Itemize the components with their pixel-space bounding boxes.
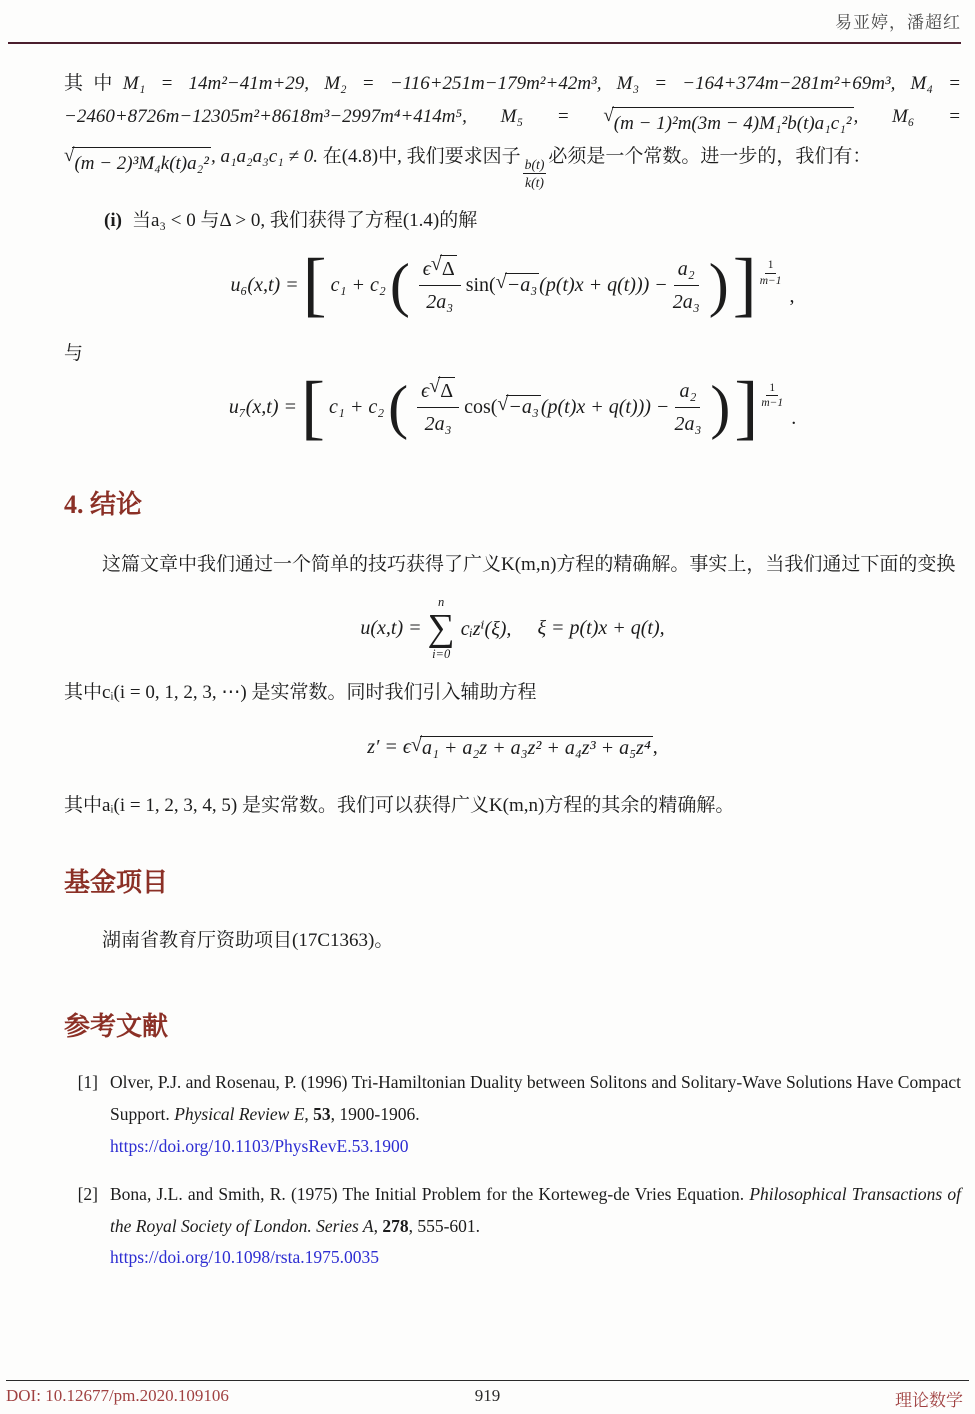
radicand: (m − 1)²m(3m − 4)M₁²b(t)a₁c₁² — [612, 107, 854, 141]
radical-m5: √(m − 1)²m(3m − 4)M₁²b(t)a₁c₁² — [603, 107, 853, 141]
paragraph-m-definitions: 其中M₁ = 14m²−41m+29, M₂ = −116+251m−179m²… — [64, 68, 961, 191]
item-text: 当a₃ < 0 与Δ > 0, 我们获得了方程(1.4)的解 — [132, 210, 477, 231]
fraction-numerator: a₂ — [675, 378, 700, 408]
authors: 易亚婷，潘超红 — [8, 8, 961, 33]
exponent-one-over-m-minus-1: 1m−1 — [760, 258, 782, 289]
left-paren: ( — [390, 260, 410, 311]
fraction-denominator: 2a₃ — [673, 286, 700, 315]
xi-definition: ξ = p(t)x + q(t), — [537, 617, 664, 640]
reference-text: Bona, J.L. and Smith, R. (1975) The Init… — [110, 1184, 749, 1204]
equation-punctuation: . — [791, 385, 796, 430]
math-text: , a₁a₂a₃c₁ ≠ 0. — [211, 146, 318, 167]
exponent-numerator: 1 — [765, 258, 777, 274]
math-text: , M₆ = — [854, 106, 961, 127]
trig-function: sin( — [466, 274, 496, 297]
fraction-denominator: 2a₃ — [425, 408, 452, 437]
sqrt-sign: √ — [497, 394, 508, 414]
radicand: −a₃ — [505, 273, 539, 297]
text-zh: 其中 — [64, 73, 123, 94]
journal-title: 理论数学 — [895, 1386, 963, 1411]
page-range: , 555-601. — [409, 1216, 480, 1236]
reference-body: Olver, P.J. and Rosenau, P. (1996) Tri-H… — [110, 1067, 961, 1163]
reference-number: [2] — [64, 1179, 98, 1275]
fraction-denominator: 2a₃ — [426, 286, 453, 315]
volume-number: 278 — [382, 1216, 408, 1236]
radical-delta: √Δ — [429, 377, 455, 404]
fraction-denominator: 2a₃ — [674, 408, 701, 437]
section-heading-conclusion: 4. 结论 — [64, 484, 961, 521]
separator: , — [304, 1104, 313, 1124]
equation-pre: c₁ + c₂ — [331, 274, 386, 297]
reference-number: [1] — [64, 1067, 98, 1163]
equation-punctuation: , — [653, 736, 658, 759]
left-paren: ( — [388, 382, 408, 433]
fraction-denominator: k(t) — [525, 174, 544, 191]
epsilon: ϵ — [421, 378, 429, 404]
equation-argument: (p(t)x + q(t))) − — [539, 274, 668, 297]
exponent-numerator: 1 — [766, 381, 778, 397]
equation-punctuation: , — [790, 263, 795, 308]
equation-u7: u₇(x,t) = [ c₁ + c₂ ( ϵ√Δ 2a₃ cos( √−a₃ … — [64, 377, 961, 438]
page-body: 其中M₁ = 14m²−41m+29, M₂ = −116+251m−179m²… — [0, 44, 975, 1274]
page-header: 易亚婷，潘超红 — [0, 0, 975, 44]
text-zh: 必须是一个常数。进一步的，我们有： — [548, 146, 871, 167]
fraction-eps-sqrt-delta: ϵ√Δ 2a₃ — [419, 255, 461, 315]
volume-number: 53 — [313, 1104, 331, 1124]
radicand: −a₃ — [506, 395, 540, 419]
fraction-numerator: a₂ — [674, 256, 699, 286]
equation-transformation: u(x,t) = n ∑ i=0 cᵢzⁱ(ξ), ξ = p(t)x + q(… — [64, 596, 961, 661]
equation-argument: (p(t)x + q(t))) − — [541, 396, 670, 419]
summation: n ∑ i=0 — [428, 596, 455, 661]
page-number: 919 — [6, 1386, 969, 1406]
radicand: a₁ + a₂z + a₃z² + a₄z³ + a₅z⁴ — [420, 736, 653, 760]
section-heading-references: 参考文献 — [64, 1006, 961, 1043]
equation-lhs: u(x,t) = — [360, 617, 421, 640]
doi-link[interactable]: https://doi.org/10.1098/rsta.1975.0035 — [110, 1242, 961, 1274]
right-paren: ) — [710, 382, 730, 433]
sqrt-sign: √ — [431, 254, 442, 274]
sqrt-sign: √ — [603, 106, 613, 125]
exponent-one-over-m-minus-1: 1m−1 — [761, 381, 783, 412]
radicand: Δ — [440, 255, 457, 282]
sigma-symbol: ∑ — [428, 608, 455, 648]
equation-u6: u₆(x,t) = [ c₁ + c₂ ( ϵ√Δ 2a₃ sin( √−a₃ … — [64, 254, 961, 315]
page-range: , 1900-1906. — [331, 1104, 420, 1124]
equation-auxiliary: z′ = ϵ √a₁ + a₂z + a₃z² + a₄z³ + a₅z⁴ , — [64, 736, 961, 760]
radical-m6: √(m − 2)³M₄k(t)a₂² — [64, 147, 211, 181]
right-paren: ) — [709, 260, 729, 311]
sqrt-sign: √ — [429, 376, 440, 396]
fraction-numerator: b(t) — [523, 156, 547, 174]
page-footer: DOI: 10.12677/pm.2020.109106 919 理论数学 — [0, 1380, 975, 1414]
radical-neg-a3: √−a₃ — [497, 395, 540, 419]
fraction-numerator: ϵ√Δ — [417, 377, 459, 408]
epsilon: ϵ — [423, 256, 431, 282]
journal-name: Physical Review E — [174, 1104, 304, 1124]
funding-text: 湖南省教育厅资助项目(17C1363)。 — [64, 925, 961, 958]
fraction-eps-sqrt-delta: ϵ√Δ 2a₃ — [417, 377, 459, 437]
equation-lhs: z′ = ϵ — [367, 736, 411, 759]
sqrt-sign: √ — [496, 272, 507, 292]
summation-lower-limit: i=0 — [432, 648, 450, 661]
radicand: (m − 2)³M₄k(t)a₂² — [72, 147, 211, 181]
radical-quartic: √a₁ + a₂z + a₃z² + a₄z³ + a₅z⁴ — [411, 736, 653, 760]
footer-rule — [6, 1380, 969, 1381]
radicand: Δ — [438, 377, 455, 404]
reference-item-1: [1] Olver, P.J. and Rosenau, P. (1996) T… — [64, 1067, 961, 1163]
exponent-denominator: m−1 — [761, 396, 783, 411]
equation-pre: c₁ + c₂ — [329, 396, 384, 419]
left-bracket: [ — [303, 254, 327, 315]
item-label: (i) — [104, 210, 122, 231]
doi-link[interactable]: https://doi.org/10.1103/PhysRevE.53.1900 — [110, 1131, 961, 1163]
section-heading-funding: 基金项目 — [64, 862, 961, 899]
text-zh: 在(4.8)中, 我们要求因子 — [318, 146, 521, 167]
conclusion-paragraph: 这篇文章中我们通过一个简单的技巧获得了广义K(m,n)方程的精确解。事实上，当我… — [64, 549, 961, 582]
sqrt-sign: √ — [411, 735, 422, 755]
paragraph-ci-constants: 其中cᵢ(i = 0, 1, 2, 3, ⋯) 是实常数。同时我们引入辅助方程 — [64, 677, 961, 710]
trig-function: cos( — [464, 396, 497, 419]
fraction-a2-2a3: a₂ 2a₃ — [673, 256, 700, 315]
paper-page: 易亚婷，潘超红 其中M₁ = 14m²−41m+29, M₂ = −116+25… — [0, 0, 975, 1414]
reference-body: Bona, J.L. and Smith, R. (1975) The Init… — [110, 1179, 961, 1275]
right-bracket: ] — [733, 254, 757, 315]
fraction-numerator: ϵ√Δ — [419, 255, 461, 286]
exponent-denominator: m−1 — [760, 274, 782, 289]
radical-neg-a3: √−a₃ — [496, 273, 539, 297]
case-item-i: (i)当a₃ < 0 与Δ > 0, 我们获得了方程(1.4)的解 — [104, 205, 961, 232]
sqrt-sign: √ — [64, 146, 74, 165]
reference-item-2: [2] Bona, J.L. and Smith, R. (1975) The … — [64, 1179, 961, 1275]
equation-lhs: u₆(x,t) = — [230, 274, 298, 297]
fraction-a2-2a3: a₂ 2a₃ — [674, 378, 701, 437]
right-bracket: ] — [734, 377, 758, 438]
radical-delta: √Δ — [431, 255, 457, 282]
paragraph-ai-constants: 其中aᵢ(i = 1, 2, 3, 4, 5) 是实常数。我们可以获得广义K(m… — [64, 790, 961, 823]
footer-row: DOI: 10.12677/pm.2020.109106 919 理论数学 — [6, 1386, 969, 1408]
conjunction-text: 与 — [64, 338, 961, 371]
left-bracket: [ — [301, 377, 325, 438]
inline-fraction-bt-kt: b(t)k(t) — [523, 156, 547, 191]
summation-term: cᵢzⁱ(ξ), — [461, 616, 512, 641]
equation-lhs: u₇(x,t) = — [229, 396, 297, 419]
